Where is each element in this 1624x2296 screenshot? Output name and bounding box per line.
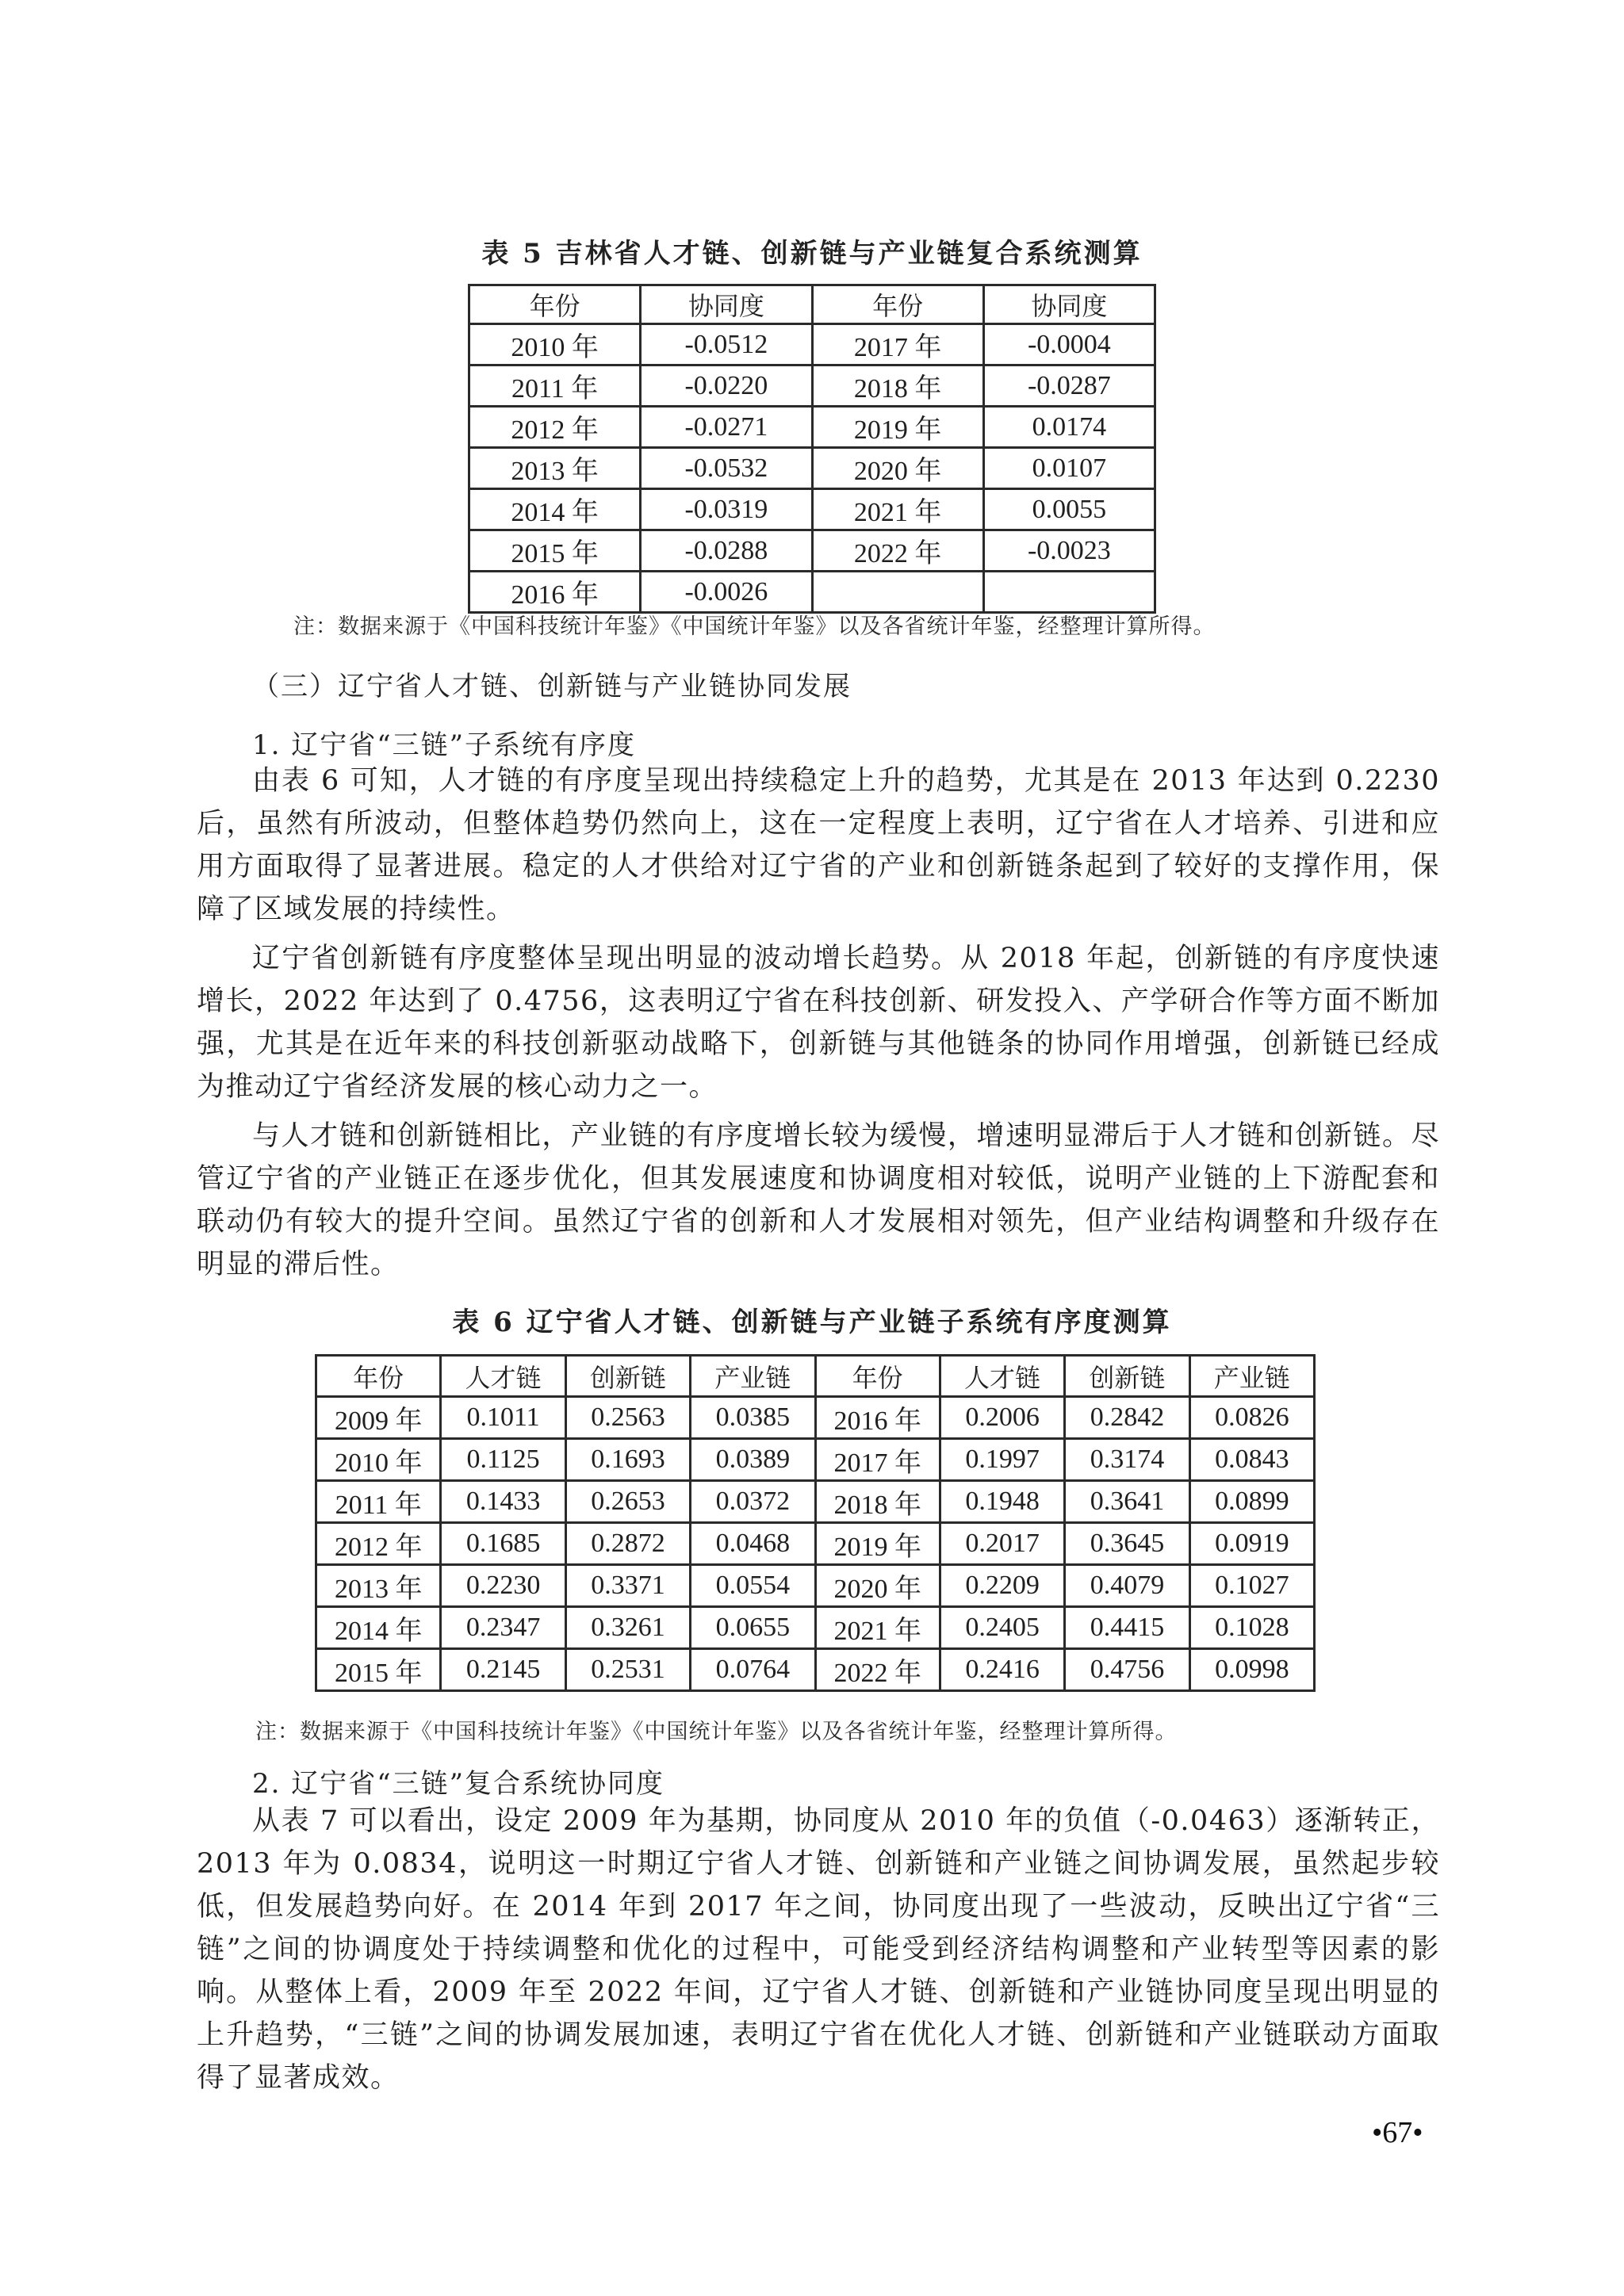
table-cell: -0.0023 [983,530,1155,572]
table-cell: -0.0026 [641,572,812,613]
table-cell: 2015 年 [469,530,641,572]
table-cell: 0.2006 [940,1397,1064,1439]
body-text-2: 从表 7 可以看出，设定 2009 年为基期，协同度从 2010 年的负值（-0… [197,1800,1440,2099]
table6: 年份 人才链 创新链 产业链 年份 人才链 创新链 产业链 2009 年 0.1… [315,1354,1316,1692]
table-cell: 0.1693 [565,1439,690,1481]
table-cell: 0.0385 [691,1397,815,1439]
table5-header-year: 年份 [812,285,983,324]
table-cell: 2014 年 [316,1607,441,1649]
table-cell: 2019 年 [815,1523,940,1565]
table-cell: 0.2842 [1065,1397,1189,1439]
table-cell: 0.0919 [1189,1523,1314,1565]
table-cell: 0.2405 [940,1607,1064,1649]
table-row: 2014 年 -0.0319 2021 年 0.0055 [469,489,1155,530]
table-cell: 0.0843 [1189,1439,1314,1481]
table-cell: 0.2209 [940,1565,1064,1607]
paragraph: 与人才链和创新链相比，产业链的有序度增长较为缓慢，增速明显滞后于人才链和创新链。… [197,1115,1440,1286]
table-cell: 0.1433 [441,1481,565,1523]
table-cell: 0.0826 [1189,1397,1314,1439]
table6-header-innovation: 创新链 [1065,1356,1189,1397]
table-cell: 0.0655 [691,1607,815,1649]
table-cell: -0.0287 [983,365,1155,407]
table-cell: 2016 年 [469,572,641,613]
table-cell: 0.0468 [691,1523,815,1565]
table-cell: -0.0512 [641,324,812,365]
table-cell: 0.2145 [441,1649,565,1691]
table-cell: 0.1028 [1189,1607,1314,1649]
table5-header-year: 年份 [469,285,641,324]
table6-header-year: 年份 [316,1356,441,1397]
table5-header-row: 年份 协同度 年份 协同度 [469,285,1155,324]
table-cell: 0.0372 [691,1481,815,1523]
table-cell: 2017 年 [812,324,983,365]
table-cell: 0.4415 [1065,1607,1189,1649]
table-cell: 0.2653 [565,1481,690,1523]
table-cell: 2021 年 [815,1607,940,1649]
table-cell: 2020 年 [815,1565,940,1607]
table-row: 2015 年 -0.0288 2022 年 -0.0023 [469,530,1155,572]
table-cell [812,572,983,613]
table-cell: 2015 年 [316,1649,441,1691]
table-cell: 2020 年 [812,448,983,489]
table-row: 2010 年 -0.0512 2017 年 -0.0004 [469,324,1155,365]
table-cell: 0.2872 [565,1523,690,1565]
table-cell: 0.1125 [441,1439,565,1481]
section-heading: （三）辽宁省人才链、创新链与产业链协同发展 [252,664,852,703]
table-cell: 2016 年 [815,1397,940,1439]
table-cell: 2018 年 [815,1481,940,1523]
table-cell: 2012 年 [316,1523,441,1565]
table-cell: 0.1997 [940,1439,1064,1481]
table-cell: 0.3645 [1065,1523,1189,1565]
body-text-1: 由表 6 可知，人才链的有序度呈现出持续稳定上升的趋势，尤其是在 2013 年达… [197,760,1440,1286]
table-cell: -0.0532 [641,448,812,489]
table-cell: 2011 年 [316,1481,441,1523]
table-cell: 2019 年 [812,407,983,448]
table-cell: -0.0271 [641,407,812,448]
table-cell: 0.0055 [983,489,1155,530]
table-cell: 2022 年 [812,530,983,572]
table5-header-coordination: 协同度 [641,285,812,324]
table-cell: 0.0764 [691,1649,815,1691]
table-row: 2009 年 0.1011 0.2563 0.0385 2016 年 0.200… [316,1397,1315,1439]
table-cell: 0.4756 [1065,1649,1189,1691]
table-cell: 0.0107 [983,448,1155,489]
table-cell: 0.3261 [565,1607,690,1649]
table-cell: 0.1685 [441,1523,565,1565]
table-cell: 2022 年 [815,1649,940,1691]
table-cell: 2012 年 [469,407,641,448]
table-cell: 0.1011 [441,1397,565,1439]
table-cell: -0.0288 [641,530,812,572]
table-cell: 0.3371 [565,1565,690,1607]
table-cell: -0.0004 [983,324,1155,365]
table-cell: 0.0899 [1189,1481,1314,1523]
table-cell: 0.3174 [1065,1439,1189,1481]
table-cell: 0.1948 [940,1481,1064,1523]
table-row: 2013 年 -0.0532 2020 年 0.0107 [469,448,1155,489]
paragraph: 由表 6 可知，人才链的有序度呈现出持续稳定上升的趋势，尤其是在 2013 年达… [197,760,1440,931]
table-cell: 0.0554 [691,1565,815,1607]
table-cell: 0.2416 [940,1649,1064,1691]
table-cell: 2013 年 [469,448,641,489]
table-row: 2012 年 0.1685 0.2872 0.0468 2019 年 0.201… [316,1523,1315,1565]
subsection-heading-1: 1. 辽宁省“三链”子系统有序度 [252,723,636,762]
table-cell: 0.2347 [441,1607,565,1649]
table6-header-innovation: 创新链 [565,1356,690,1397]
table-cell: 0.4079 [1065,1565,1189,1607]
table-cell: 0.0998 [1189,1649,1314,1691]
table-row: 2015 年 0.2145 0.2531 0.0764 2022 年 0.241… [316,1649,1315,1691]
table-row: 2014 年 0.2347 0.3261 0.0655 2021 年 0.240… [316,1607,1315,1649]
page-number: •67• [1372,2115,1423,2150]
table5-header-coordination: 协同度 [983,285,1155,324]
table5-caption: 表 5 吉林省人才链、创新链与产业链复合系统测算 [317,232,1307,270]
table-row: 2011 年 0.1433 0.2653 0.0372 2018 年 0.194… [316,1481,1315,1523]
table6-header-industry: 产业链 [1189,1356,1314,1397]
table-cell: 0.1027 [1189,1565,1314,1607]
subsection-heading-2: 2. 辽宁省“三链”复合系统协同度 [252,1762,665,1800]
table6-note: 注：数据来源于《中国科技统计年鉴》《中国统计年鉴》以及各省统计年鉴，经整理计算所… [255,1714,1405,1745]
table6-header-row: 年份 人才链 创新链 产业链 年份 人才链 创新链 产业链 [316,1356,1315,1397]
table-row: 2010 年 0.1125 0.1693 0.0389 2017 年 0.199… [316,1439,1315,1481]
table-cell: 2017 年 [815,1439,940,1481]
table6-header-talent: 人才链 [441,1356,565,1397]
table-cell: 2013 年 [316,1565,441,1607]
table-cell: 2010 年 [316,1439,441,1481]
table-cell: 2009 年 [316,1397,441,1439]
paragraph: 从表 7 可以看出，设定 2009 年为基期，协同度从 2010 年的负值（-0… [197,1800,1440,2099]
table5-note: 注：数据来源于《中国科技统计年鉴》《中国统计年鉴》以及各省统计年鉴，经整理计算所… [293,609,1404,640]
table-cell: 2011 年 [469,365,641,407]
table6-header-year: 年份 [815,1356,940,1397]
table-cell: 0.2531 [565,1649,690,1691]
table-cell: 2021 年 [812,489,983,530]
table6-header-industry: 产业链 [691,1356,815,1397]
table6-caption: 表 6 辽宁省人才链、创新链与产业链子系统有序度测算 [317,1300,1307,1339]
table5: 年份 协同度 年份 协同度 2010 年 -0.0512 2017 年 -0.0… [468,284,1156,614]
table-cell: 2010 年 [469,324,641,365]
table6-header-talent: 人才链 [940,1356,1064,1397]
table-cell: 2014 年 [469,489,641,530]
table-cell [983,572,1155,613]
table-cell: 0.0174 [983,407,1155,448]
table-row: 2011 年 -0.0220 2018 年 -0.0287 [469,365,1155,407]
table-cell: -0.0319 [641,489,812,530]
table-cell: 0.3641 [1065,1481,1189,1523]
table-row: 2013 年 0.2230 0.3371 0.0554 2020 年 0.220… [316,1565,1315,1607]
table-cell: 0.0389 [691,1439,815,1481]
table-cell: 0.2230 [441,1565,565,1607]
table-row: 2012 年 -0.0271 2019 年 0.0174 [469,407,1155,448]
table-cell: -0.0220 [641,365,812,407]
paragraph: 辽宁省创新链有序度整体呈现出明显的波动增长趋势。从 2018 年起，创新链的有序… [197,937,1440,1108]
table-cell: 2018 年 [812,365,983,407]
table-row: 2016 年 -0.0026 [469,572,1155,613]
table-cell: 0.2017 [940,1523,1064,1565]
table-cell: 0.2563 [565,1397,690,1439]
